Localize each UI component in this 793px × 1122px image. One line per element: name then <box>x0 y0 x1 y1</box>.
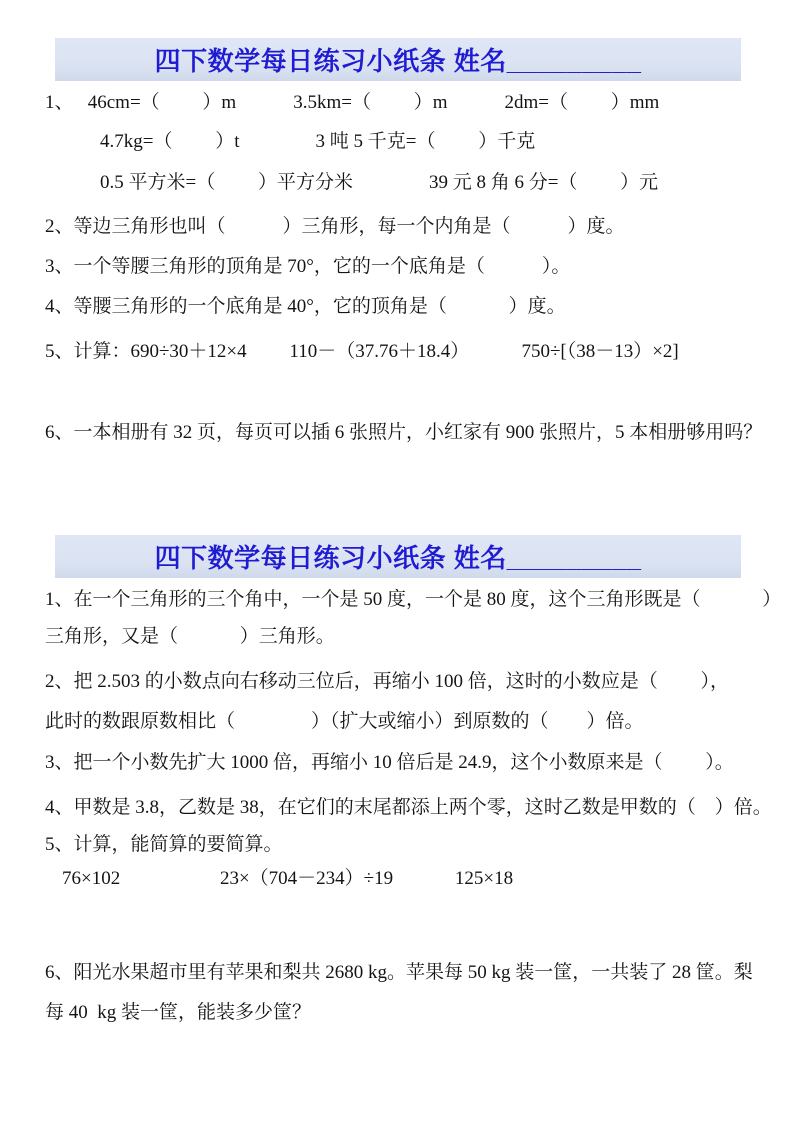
s2-q6-row1: 6、阳光水果超市里有苹果和梨共 2680 kg。苹果每 50 kg 装一筐，一共… <box>45 960 753 986</box>
s2-q2-row2: 此时的数跟原数相比（ ）（扩大或缩小）到原数的（ ）倍。 <box>45 709 644 735</box>
s1-q5: 5、计算：690÷30＋12×4 110－（37.76＋18.4） 750÷[（… <box>45 339 679 365</box>
s1-q4: 4、等腰三角形的一个底角是 40°，它的顶角是（ ）度。 <box>45 294 566 320</box>
s2-q6-row2: 每 40 kg 装一筐，能装多少筐？ <box>45 1000 311 1026</box>
s1-q2: 2、等边三角形也叫（ ）三角形，每一个内角是（ ）度。 <box>45 214 625 240</box>
section1-header: 四下数学每日练习小纸条 姓名_________ <box>55 38 741 81</box>
s2-q3: 3、把一个小数先扩大 1000 倍，再缩小 10 倍后是 24.9，这个小数原来… <box>45 750 734 776</box>
section2-title: 四下数学每日练习小纸条 姓名_________ <box>155 538 642 575</box>
s1-q1-row2: 4.7kg=（ ）t 3 吨 5 千克=（ ）千克 <box>100 129 535 155</box>
s2-q5-label: 5、计算，能简算的要简算。 <box>45 832 283 858</box>
s2-q1-row1: 1、在一个三角形的三个角中，一个是 50 度，一个是 80 度，这个三角形既是（… <box>45 587 781 613</box>
s2-q2-row1: 2、把 2.503 的小数点向右移动三位后，再缩小 100 倍，这时的小数应是（… <box>45 669 729 695</box>
s1-q1-row3: 0.5 平方米=（ ）平方分米 39 元 8 角 6 分=（ ）元 <box>100 170 658 196</box>
s2-q4: 4、甲数是 3.8，乙数是 38，在它们的末尾都添上两个零，这时乙数是甲数的（ … <box>45 795 772 821</box>
section1-title: 四下数学每日练习小纸条 姓名_________ <box>155 41 642 78</box>
worksheet-page: 四下数学每日练习小纸条 姓名_________ 1、 46cm=（ ）m 3.5… <box>0 0 793 1122</box>
s1-q6: 6、一本相册有 32 页，每页可以插 6 张照片，小红家有 900 张照片，5 … <box>45 420 762 446</box>
s1-q3: 3、一个等腰三角形的顶角是 70°，它的一个底角是（ ）。 <box>45 254 570 280</box>
s1-q1-row1: 1、 46cm=（ ）m 3.5km=（ ）m 2dm=（ ）mm <box>45 90 659 116</box>
s2-q5-expressions: 76×102 23×（704－234）÷19 125×18 <box>62 866 513 892</box>
section2-header: 四下数学每日练习小纸条 姓名_________ <box>55 535 741 578</box>
s2-q1-row2: 三角形，又是（ ）三角形。 <box>45 624 335 650</box>
